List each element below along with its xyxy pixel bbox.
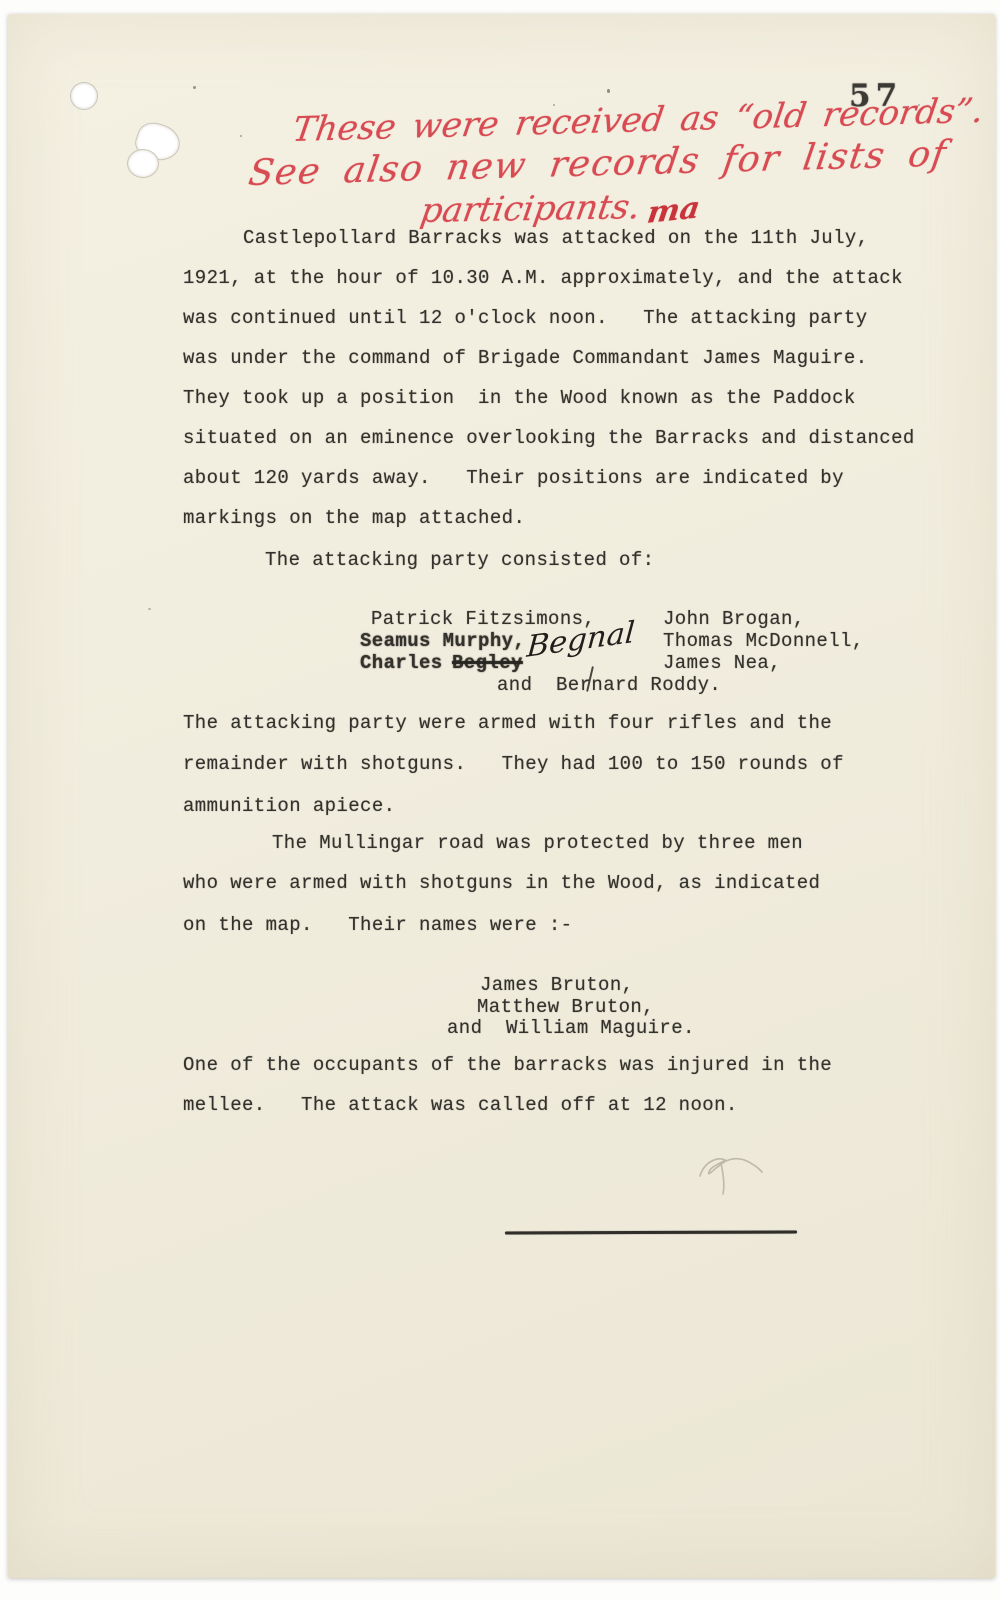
typed-line: The Mullingar road was protected by thre…: [272, 832, 803, 854]
attacker-name: and Bernard Roddy.: [497, 674, 721, 696]
ink-speck: [193, 86, 196, 89]
red-annotation-line: participants.: [418, 187, 644, 231]
typed-line: who were armed with shotguns in the Wood…: [183, 872, 820, 894]
typed-line: mellee. The attack was called off at 12 …: [183, 1094, 738, 1116]
guard-name: Matthew Bruton,: [477, 996, 654, 1018]
punch-hole: [70, 82, 98, 110]
typed-line: about 120 yards away. Their positions ar…: [183, 467, 844, 489]
typed-line: was under the command of Brigade Command…: [183, 347, 868, 369]
ink-speck: [240, 135, 242, 137]
typed-line: remainder with shotguns. They had 100 to…: [183, 753, 844, 775]
pencil-squiggle: [688, 1146, 778, 1206]
typed-line: was continued until 12 o'clock noon. The…: [183, 307, 868, 329]
typed-line: ammunition apiece.: [183, 795, 395, 817]
attacker-name: Charles: [360, 652, 454, 674]
typed-line: situated on an eminence overlooking the …: [183, 427, 915, 449]
typed-line: 1921, at the hour of 10.30 A.M. approxim…: [183, 267, 903, 289]
attacker-name: Thomas McDonnell,: [663, 630, 864, 652]
typed-line: The attacking party were armed with four…: [183, 712, 832, 734]
attacker-name: James Nea,: [663, 652, 781, 674]
attacker-name: John Brogan,: [663, 608, 805, 630]
guard-name: and William Maguire.: [447, 1017, 695, 1039]
red-initials: ma: [645, 191, 702, 231]
scanned-document-page: 57 These were received as “old records”.…: [0, 0, 1000, 1600]
typed-line: Castlepollard Barracks was attacked on t…: [243, 227, 869, 249]
ink-speck: [148, 608, 151, 610]
typed-line: on the map. Their names were :-: [183, 914, 572, 936]
guard-name: James Bruton,: [480, 974, 633, 996]
paper-damage-blob: [127, 149, 159, 178]
typed-line: markings on the map attached.: [183, 507, 525, 529]
typed-line: They took up a position in the Wood know…: [183, 387, 856, 409]
typed-line: The attacking party consisted of:: [265, 549, 654, 571]
attacker-name-struck: Begley: [452, 652, 523, 674]
ink-speck: [607, 89, 610, 93]
typed-line: One of the occupants of the barracks was…: [183, 1054, 832, 1076]
attacker-name: Seamus Murphy,: [360, 630, 525, 652]
